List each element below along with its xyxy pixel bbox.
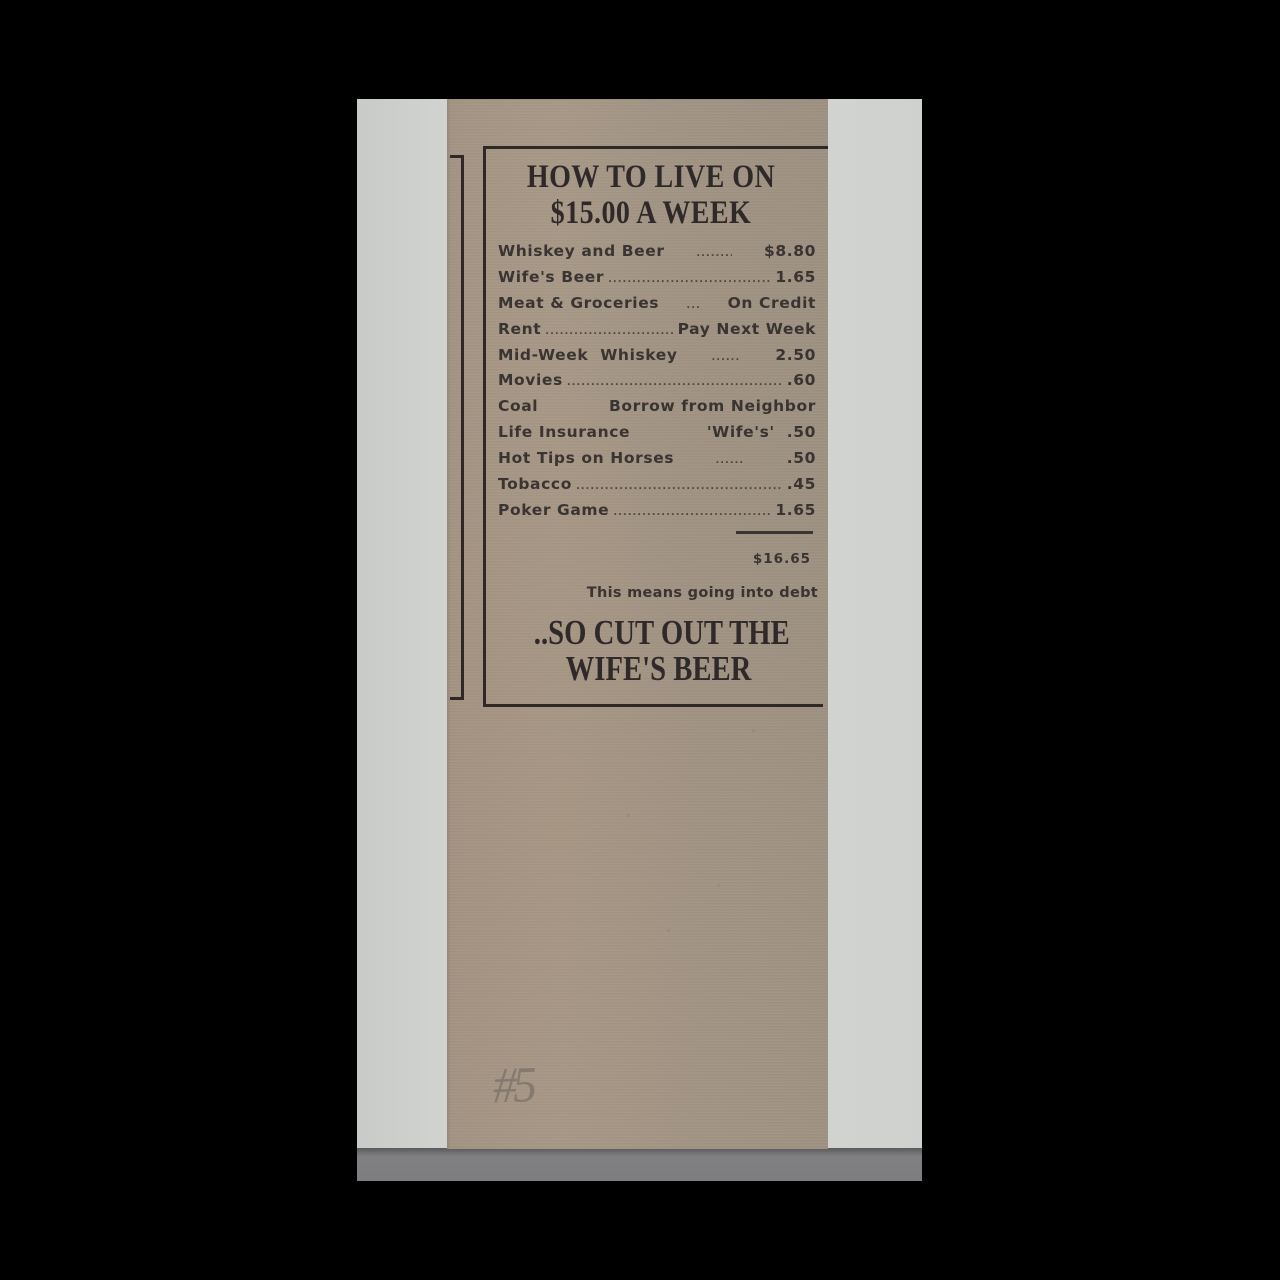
expense-value: $8.80 [764, 242, 816, 260]
leader-dots [696, 248, 732, 259]
ad-headline: HOW TO LIVE ON $15.00 A WEEK [502, 159, 800, 231]
expense-label: Whiskey and Beer [498, 242, 665, 260]
closing-slogan: ..SO CUT OUT THE WIFE'S BEER [517, 615, 800, 687]
box-top-rule [483, 146, 828, 149]
expense-label: Poker Game [498, 501, 609, 519]
expense-item: Mid-Week Whiskey 2.50 [498, 346, 816, 372]
expense-item: Whiskey and Beer $8.80 [498, 242, 816, 268]
expense-value: 'Wife's' .50 [707, 423, 816, 441]
expense-total: $16.65 [753, 551, 811, 567]
expense-item: Poker Game 1.65 [498, 501, 816, 527]
total-underline [736, 531, 813, 534]
expense-label: Rent [498, 320, 541, 338]
expense-list: Whiskey and Beer $8.80 Wife's Beer 1.65 … [498, 242, 816, 527]
expense-label: Mid-Week Whiskey [498, 346, 678, 364]
expense-value: On Credit [728, 294, 816, 312]
expense-value: 1.65 [775, 268, 816, 286]
expense-label: Wife's Beer [498, 268, 604, 286]
expense-value: 1.65 [775, 501, 816, 519]
expense-value: 2.50 [775, 346, 816, 364]
leader-dots [613, 507, 771, 518]
scanner-bed-edge [357, 1148, 922, 1181]
expense-item: Life Insurance 'Wife's' .50 [498, 423, 816, 449]
expense-item: Tobacco .45 [498, 475, 816, 501]
expense-label: Movies [498, 371, 563, 389]
expense-item: Coal Borrow from Neighbor [498, 397, 816, 423]
leader-dots [576, 481, 783, 492]
headline-line-2: $15.00 A WEEK [502, 195, 800, 231]
leader-dots [567, 377, 783, 388]
expense-label: Life Insurance [498, 423, 630, 441]
expense-value: .60 [787, 371, 816, 389]
expense-item: Meat & Groceries On Credit [498, 294, 816, 320]
handwritten-number: #5 [492, 1056, 534, 1115]
leader-dots [686, 300, 700, 311]
expense-item: Wife's Beer 1.65 [498, 268, 816, 294]
expense-value: Pay Next Week [678, 320, 816, 338]
expense-label: Coal [498, 397, 538, 415]
expense-item: Rent Pay Next Week [498, 320, 816, 346]
debt-note: This means going into debt [506, 585, 818, 601]
expense-value: .45 [787, 475, 816, 493]
expense-item: Movies .60 [498, 371, 816, 397]
expense-value: .50 [787, 449, 816, 467]
headline-line-1: HOW TO LIVE ON [502, 159, 800, 195]
expense-value: Borrow from Neighbor [609, 397, 816, 415]
expense-label: Meat & Groceries [498, 294, 659, 312]
leader-dots [715, 455, 745, 466]
advertisement-box: HOW TO LIVE ON $15.00 A WEEK Whiskey and… [483, 146, 823, 707]
leader-dots [545, 326, 673, 337]
closing-line-2: WIFE'S BEER [517, 651, 800, 687]
expense-item: Hot Tips on Horses .50 [498, 449, 816, 475]
expense-label: Hot Tips on Horses [498, 449, 674, 467]
closing-line-1: ..SO CUT OUT THE [524, 615, 800, 651]
expense-label: Tobacco [498, 475, 572, 493]
leader-dots [608, 274, 771, 285]
leader-dots [711, 352, 741, 363]
adjacent-ad-border [450, 155, 464, 700]
